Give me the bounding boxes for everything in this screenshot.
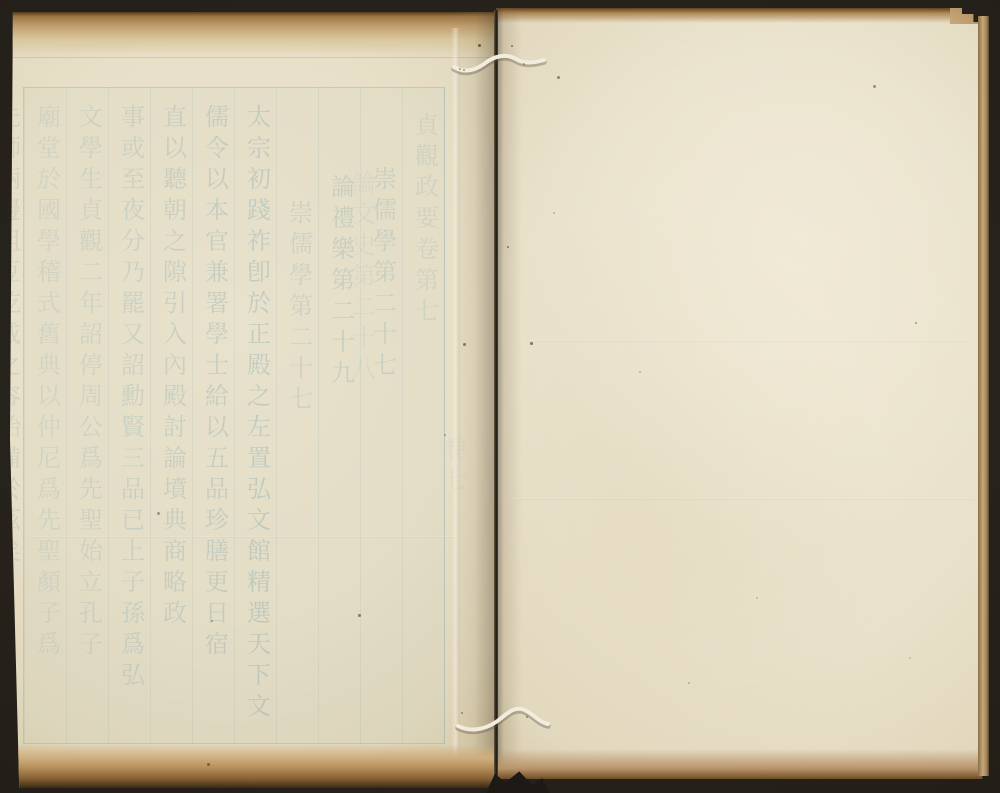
speck (444, 434, 446, 436)
speck (915, 322, 917, 324)
right-page-top-edge (496, 8, 988, 23)
speck (639, 371, 641, 373)
right-page-edge-sliver (978, 16, 989, 776)
text-column: 直以聽朝之隙引入內殿討論墳典商略政 (159, 104, 186, 631)
speck (688, 682, 690, 684)
text-column: 崇儒學第二十七 (285, 200, 312, 417)
speck (530, 342, 533, 345)
right-page-crease (511, 498, 973, 500)
text-column: 論禮樂第二十九 (327, 174, 354, 391)
speck (756, 597, 758, 599)
speck (459, 68, 461, 70)
speck (909, 657, 911, 659)
left-page-top-edges (10, 12, 496, 56)
right-page-gutter-shadow (496, 8, 522, 779)
text-column: 貞觀政要卷第七 (411, 112, 438, 329)
speck (478, 44, 481, 47)
binding-thread-top-icon (450, 50, 550, 80)
speck (463, 343, 466, 346)
speck (494, 406, 496, 408)
binding-gutter (494, 10, 498, 789)
left-page-crease (29, 536, 457, 538)
speck (211, 620, 213, 622)
text-column: 廟堂於國學稽式舊典以仲尼爲先聖顏子爲 (33, 104, 60, 662)
right-page (496, 8, 988, 779)
right-page-bottom-edge (496, 749, 988, 779)
left-page-top-edge-line (10, 57, 496, 58)
text-column: 文學生貞觀二年詔停周公爲先聖始立孔子 (75, 104, 102, 662)
speck (873, 85, 876, 88)
text-column: 先師兩邊俎豆乾戚之容始備於茲矣 (0, 104, 20, 569)
speck (511, 45, 513, 47)
book-spread-photo: 貞觀政要卷第七卷七崇儒學第二十七論文史第二十八論禮樂第二十九崇儒學第二十七太宗初… (0, 0, 1000, 793)
speck (553, 212, 555, 214)
speck (207, 763, 210, 766)
left-page: 貞觀政要卷第七卷七崇儒學第二十七論文史第二十八論禮樂第二十九崇儒學第二十七太宗初… (10, 12, 496, 788)
speck (463, 69, 465, 71)
speck (157, 512, 160, 515)
text-column: 事或至夜分乃罷又詔勳賢三品已上子孫爲弘 (117, 104, 144, 693)
left-page-bottom-edges (10, 744, 496, 788)
speck (557, 76, 560, 79)
speck (358, 614, 361, 617)
speck (507, 246, 509, 248)
binding-thread-bottom-icon (452, 698, 556, 740)
speck (461, 712, 463, 714)
left-page-gutter-shadow (448, 12, 496, 788)
text-column: 儒令以本官兼署學士給以五品珍膳更日宿 (201, 104, 228, 662)
speck (526, 716, 528, 718)
right-page-crease (526, 340, 969, 342)
speck (523, 63, 525, 65)
text-column: 太宗初踐祚卽於正殿之左置弘文館精選天下文 (243, 104, 270, 724)
